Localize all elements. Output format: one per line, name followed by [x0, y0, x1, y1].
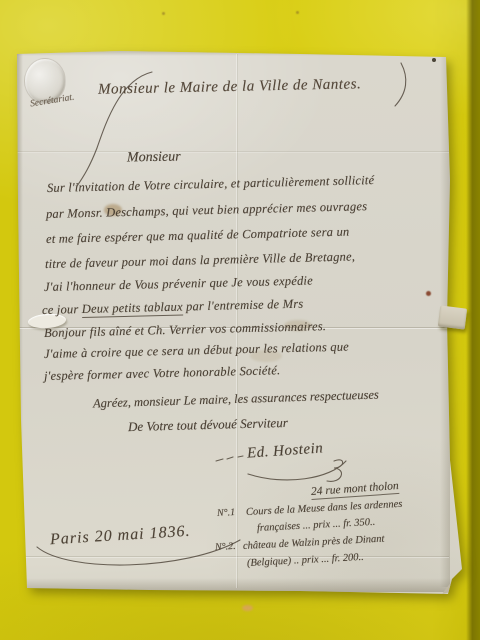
body-line-2: par Monsr. Deschamps, qui veut bien appr… — [46, 199, 368, 222]
letter-photograph: Secrétariat. Monsieur le Maire de la Vil… — [0, 0, 480, 640]
closing-line-2: De Votre tout dévoué Serviteur — [128, 415, 288, 435]
body-line-3: et me faire espérer que ma qualité de Co… — [46, 225, 350, 247]
signature: Ed. Hostein — [247, 440, 324, 462]
price-item-1-number: N°.1 — [217, 507, 236, 519]
recipient-end-flourish — [395, 63, 406, 106]
signature-paraph — [327, 460, 343, 482]
paper-sheet: Secrétariat. Monsieur le Maire de la Vil… — [0, 0, 480, 640]
paper-edge-shading — [17, 52, 23, 590]
recipient-line: Monsieur le Maire de la Ville de Nantes. — [98, 76, 362, 99]
body-line-8: J'aime à croire que ce sera un début pou… — [44, 340, 349, 362]
folded-corner — [442, 567, 463, 595]
body-line-6: ce jour Deux petits tablaux par l'entrem… — [42, 297, 304, 318]
body-line-4: titre de faveur pour moi dans la premièr… — [45, 249, 355, 272]
price-item-2-price: (Belgique) .. prix ... fr. 200.. — [247, 552, 364, 569]
price-item-1-price: françaises ... prix ... fr. 350.. — [257, 517, 376, 534]
torn-paper-flap — [438, 305, 467, 329]
body-line-6-pre: ce jour — [42, 302, 82, 317]
salutation: Monsieur — [127, 150, 181, 167]
body-line-5: J'ai l'honneur de Vous prévenir que Je v… — [44, 273, 313, 295]
body-line-6-underlined: Deux petits tablaux — [82, 300, 183, 318]
fold-crease — [17, 556, 449, 558]
price-item-1-title: Cours de la Meuse dans les ardennes — [246, 499, 403, 518]
body-line-9: j'espère former avec Votre honorable Soc… — [44, 363, 281, 384]
paper-speck — [432, 58, 436, 62]
paper-edge-shading — [17, 51, 447, 56]
price-item-2-number: N°.2. — [215, 541, 236, 553]
signature-dashes — [216, 456, 243, 461]
price-item-2-title: château de Walzin près de Dinant — [243, 534, 385, 552]
paper-speck — [426, 291, 431, 296]
body-line-6-post: par l'entremise de Mrs — [183, 297, 304, 314]
sender-address: 24 rue mont tholon — [311, 480, 400, 500]
body-line-1: Sur l'invitation de Votre circulaire, et… — [47, 173, 375, 196]
fold-crease — [17, 151, 449, 153]
date-line: Paris 20 mai 1836. — [50, 523, 192, 550]
signature-paraph — [248, 461, 346, 480]
letter-paper: Secrétariat. Monsieur le Maire de la Vil… — [0, 0, 480, 640]
body-line-7: Bonjour fils aîné et Ch. Verrier vos com… — [44, 319, 326, 341]
